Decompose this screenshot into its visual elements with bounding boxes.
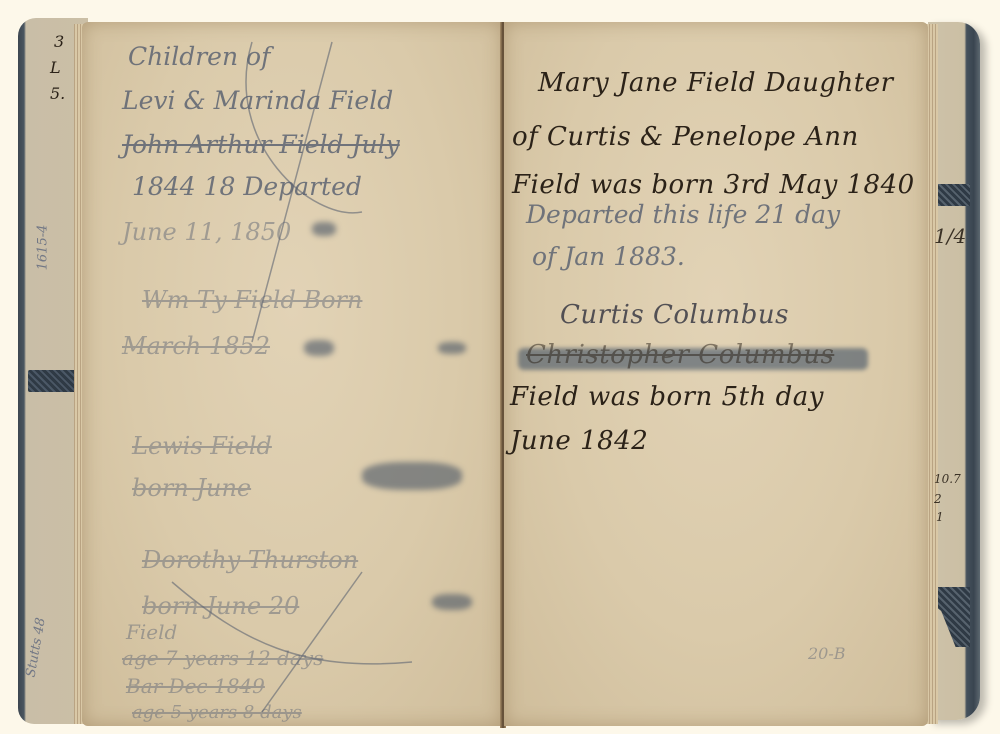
entry-2-line-2: of Jan 1883. (532, 242, 685, 271)
left-margin-note-3: 5. (50, 84, 65, 103)
left-margin-note-1: 3 (54, 32, 64, 51)
right-page: Mary Jane Field Daughter of Curtis & Pen… (504, 22, 928, 726)
entry-2-line-1: Departed this life 21 day (526, 200, 840, 229)
right-cover-clasp-bottom (934, 587, 970, 647)
footer-pencil-note: 20-B (808, 644, 846, 663)
right-margin-note-1: 1/4 (934, 224, 966, 248)
cross-out-strokes (82, 22, 502, 726)
left-margin-pencil-vertical: 1615-4 (35, 225, 50, 271)
left-page: Children of Levi & Marinda Field John Ar… (82, 22, 502, 726)
left-cover-clasp (28, 370, 76, 392)
entry-3-line-1: Curtis Columbus (560, 300, 789, 330)
entry-3-line-4: June 1842 (510, 426, 648, 456)
right-margin-note-2: 10.7 (934, 472, 961, 486)
right-margin-note-3: 2 (934, 492, 942, 506)
left-margin-note-2: L (50, 58, 61, 77)
entry-1-line-1: Mary Jane Field Daughter (538, 68, 894, 98)
entry-1-line-3: Field was born 3rd May 1840 (512, 170, 915, 200)
entry-3-line-3: Field was born 5th day (510, 382, 824, 412)
entry-1-line-2: of Curtis & Penelope Ann (512, 122, 859, 152)
notebook: 3 L 5. 1615-4 Stutts 48 Children of Levi… (8, 10, 983, 722)
right-margin-note-4: 1 (936, 510, 944, 524)
entry-3-line-2-struck: Christopher Columbus (526, 340, 834, 370)
right-cover-clasp-top (934, 184, 970, 206)
